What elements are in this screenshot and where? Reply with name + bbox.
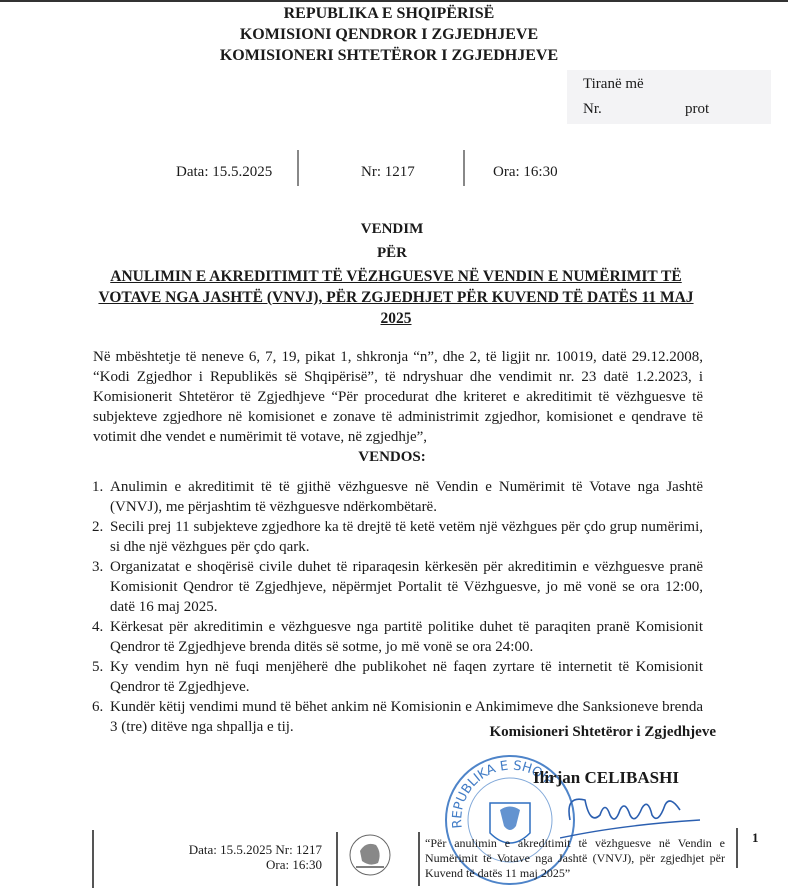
header-commissioner: KOMISIONERI SHTETËROR I ZGJEDHJEVE <box>0 45 783 66</box>
meta-number: Nr: 1217 <box>361 164 415 181</box>
footer-separator <box>336 832 338 886</box>
decision-point: 5.Ky vendim hyn në fuqi menjëherë dhe pu… <box>93 657 703 697</box>
decides-label: VENDOS: <box>0 449 786 466</box>
meta-separator <box>297 150 299 186</box>
meta-time: Ora: 16:30 <box>493 164 558 181</box>
header-republic: REPUBLIKA E SHQIPËRISË <box>0 3 783 24</box>
page-number: 1 <box>752 830 759 846</box>
decision-point: 3.Organizatat e shoqërisë civile duhet t… <box>93 557 703 617</box>
decision-points: 1.Anulimin e akreditimit të të gjithë vë… <box>93 477 703 737</box>
decision-point: 1.Anulimin e akreditimit të të gjithë vë… <box>93 477 703 517</box>
meta-separator <box>463 150 465 186</box>
footer-document-title: “Për anulimin e akreditimit të vëzhguesv… <box>425 836 725 881</box>
tirane-label: Tiranë më <box>583 76 644 93</box>
signatory-office: Komisioneri Shtetëror i Zgjedhjeve <box>490 724 717 741</box>
meta-date: Data: 15.5.2025 <box>176 164 272 181</box>
decision-point: 4.Kërkesat për akreditimin e vëzhguesve … <box>93 617 703 657</box>
decision-for: PËR <box>0 245 786 262</box>
registry-box: Tiranë më Nr. prot <box>567 70 771 124</box>
decision-subject: ANULIMIN E AKREDITIMIT TË VËZHGUESVE NË … <box>90 266 702 329</box>
footer-separator <box>736 828 738 868</box>
handwritten-signature-icon <box>560 780 730 840</box>
decision-title: VENDIM <box>0 221 786 238</box>
footer-separator <box>92 830 94 888</box>
footer-separator <box>418 832 420 886</box>
decision-point: 2.Secili prej 11 subjekteve zgjedhore ka… <box>93 517 703 557</box>
kqz-logo-icon <box>348 833 392 883</box>
nr-label: Nr. <box>583 101 602 118</box>
top-border <box>0 0 788 2</box>
prot-label: prot <box>685 101 709 118</box>
header-commission: KOMISIONI QENDROR I ZGJEDHJEVE <box>0 24 783 45</box>
footer-meta: Data: 15.5.2025 Nr: 1217 Ora: 16:30 <box>160 842 322 872</box>
preamble: Në mbështetje të neneve 6, 7, 19, pikat … <box>93 347 703 447</box>
svg-text:REPUBLIKA E SHQIPËRISË: REPUBLIKA E SHQIPËRISË <box>440 748 556 829</box>
